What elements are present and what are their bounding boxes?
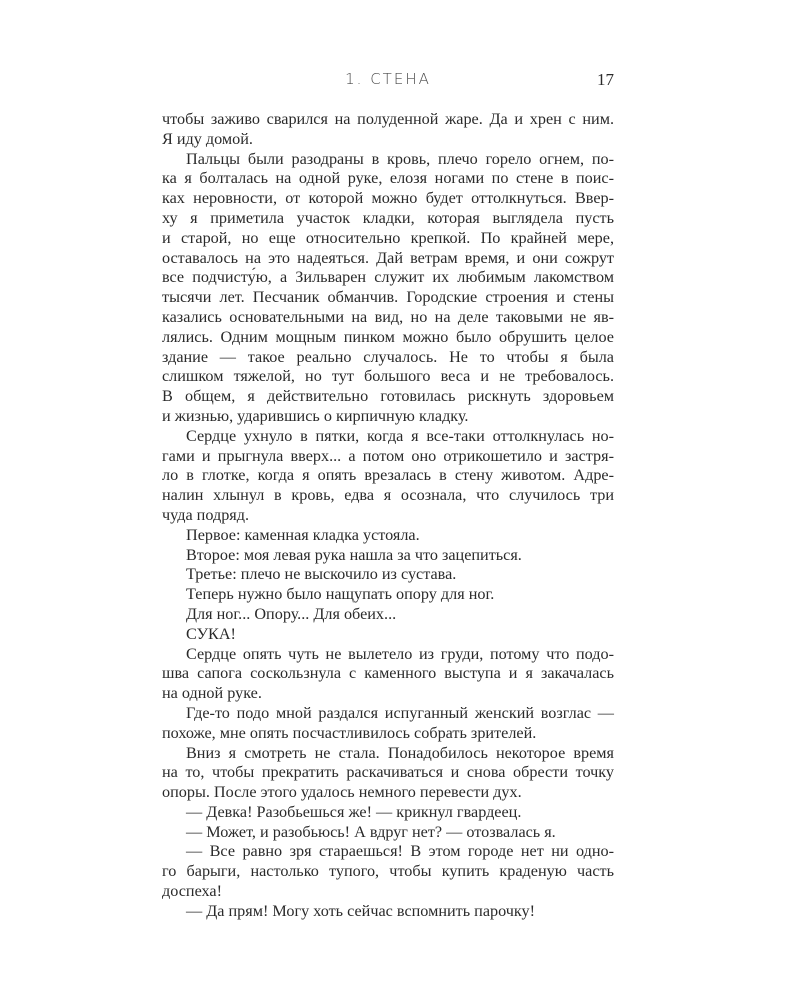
text-line: на то, чтобы прекратить раскачиваться и …	[162, 763, 614, 783]
text-line: ка я болталась на одной руке, елозя нога…	[162, 169, 614, 189]
text-line: Третье: плечо не выскочило из сустава.	[162, 565, 614, 585]
running-head: 1. СТЕНА 17	[162, 70, 614, 92]
text-line: Где-то подо мной раздался испуганный жен…	[162, 704, 614, 724]
text-line: — Да прям! Могу хоть сейчас вспомнить па…	[162, 902, 614, 922]
page-number: 17	[597, 70, 614, 90]
text-line: оставалось на это надеяться. Дай ветрам …	[162, 249, 614, 269]
text-line: казались основательными на вид, но на де…	[162, 308, 614, 328]
text-line: — Девка! Разобьешься же! — крикнул гвард…	[162, 803, 614, 823]
text-line: и жизнью, ударившись о кирпичную кладку.	[162, 407, 614, 427]
body-text: чтобы заживо сварился на полуденной жаре…	[162, 110, 614, 922]
book-page: 1. СТЕНА 17 чтобы заживо сварился на пол…	[162, 0, 614, 1000]
chapter-title: 1. СТЕНА	[162, 70, 614, 88]
text-line: чтобы заживо сварился на полуденной жаре…	[162, 110, 614, 130]
text-line: чуда подряд.	[162, 506, 614, 526]
text-line: гами и прыгнула вверх... а потом оно отр…	[162, 447, 614, 467]
text-line: Вниз я смотреть не стала. Понадобилось н…	[162, 744, 614, 764]
text-line: Я иду домой.	[162, 130, 614, 150]
text-line: Сердце опять чуть не вылетело из груди, …	[162, 645, 614, 665]
text-line: похоже, мне опять посчастливилось собрат…	[162, 724, 614, 744]
text-line: налин хлынул в кровь, едва я осознала, ч…	[162, 486, 614, 506]
text-line: Первое: каменная кладка устояла.	[162, 526, 614, 546]
text-line: В общем, я действительно готовилась риск…	[162, 387, 614, 407]
text-line: на одной руке.	[162, 684, 614, 704]
text-line: ках неровности, от которой можно будет о…	[162, 189, 614, 209]
text-line: ху я приметила участок кладки, которая в…	[162, 209, 614, 229]
text-line: лялись. Одним мощным пинком можно было о…	[162, 328, 614, 348]
text-line: ло в глотке, когда я опять врезалась в с…	[162, 466, 614, 486]
text-line: доспеха!	[162, 882, 614, 902]
text-line: опоры. После этого удалось немного перев…	[162, 783, 614, 803]
text-line: тысячи лет. Песчаник обманчив. Городские…	[162, 288, 614, 308]
text-line: го барыги, настолько тупого, чтобы купит…	[162, 862, 614, 882]
text-line: Сердце ухнуло в пятки, когда я все-таки …	[162, 427, 614, 447]
text-line: и старой, но еще относительно крепкой. П…	[162, 229, 614, 249]
text-line: Второе: моя левая рука нашла за что заце…	[162, 546, 614, 566]
text-line: все подчисту́ю, а Зильварен служит их лю…	[162, 268, 614, 288]
text-line: Пальцы были разодраны в кровь, плечо гор…	[162, 150, 614, 170]
text-line: здание — такое реально случалось. Не то …	[162, 348, 614, 368]
text-line: шва сапога соскользнула с каменного выст…	[162, 664, 614, 684]
text-line: СУКА!	[162, 625, 614, 645]
text-line: слишком тяжелой, но тут большого веса и …	[162, 367, 614, 387]
text-line: Для ног... Опору... Для обеих...	[162, 605, 614, 625]
text-line: Теперь нужно было нащупать опору для ног…	[162, 585, 614, 605]
text-line: — Может, и разобьюсь! А вдруг нет? — ото…	[162, 823, 614, 843]
text-line: — Все равно зря стараешься! В этом город…	[162, 842, 614, 862]
